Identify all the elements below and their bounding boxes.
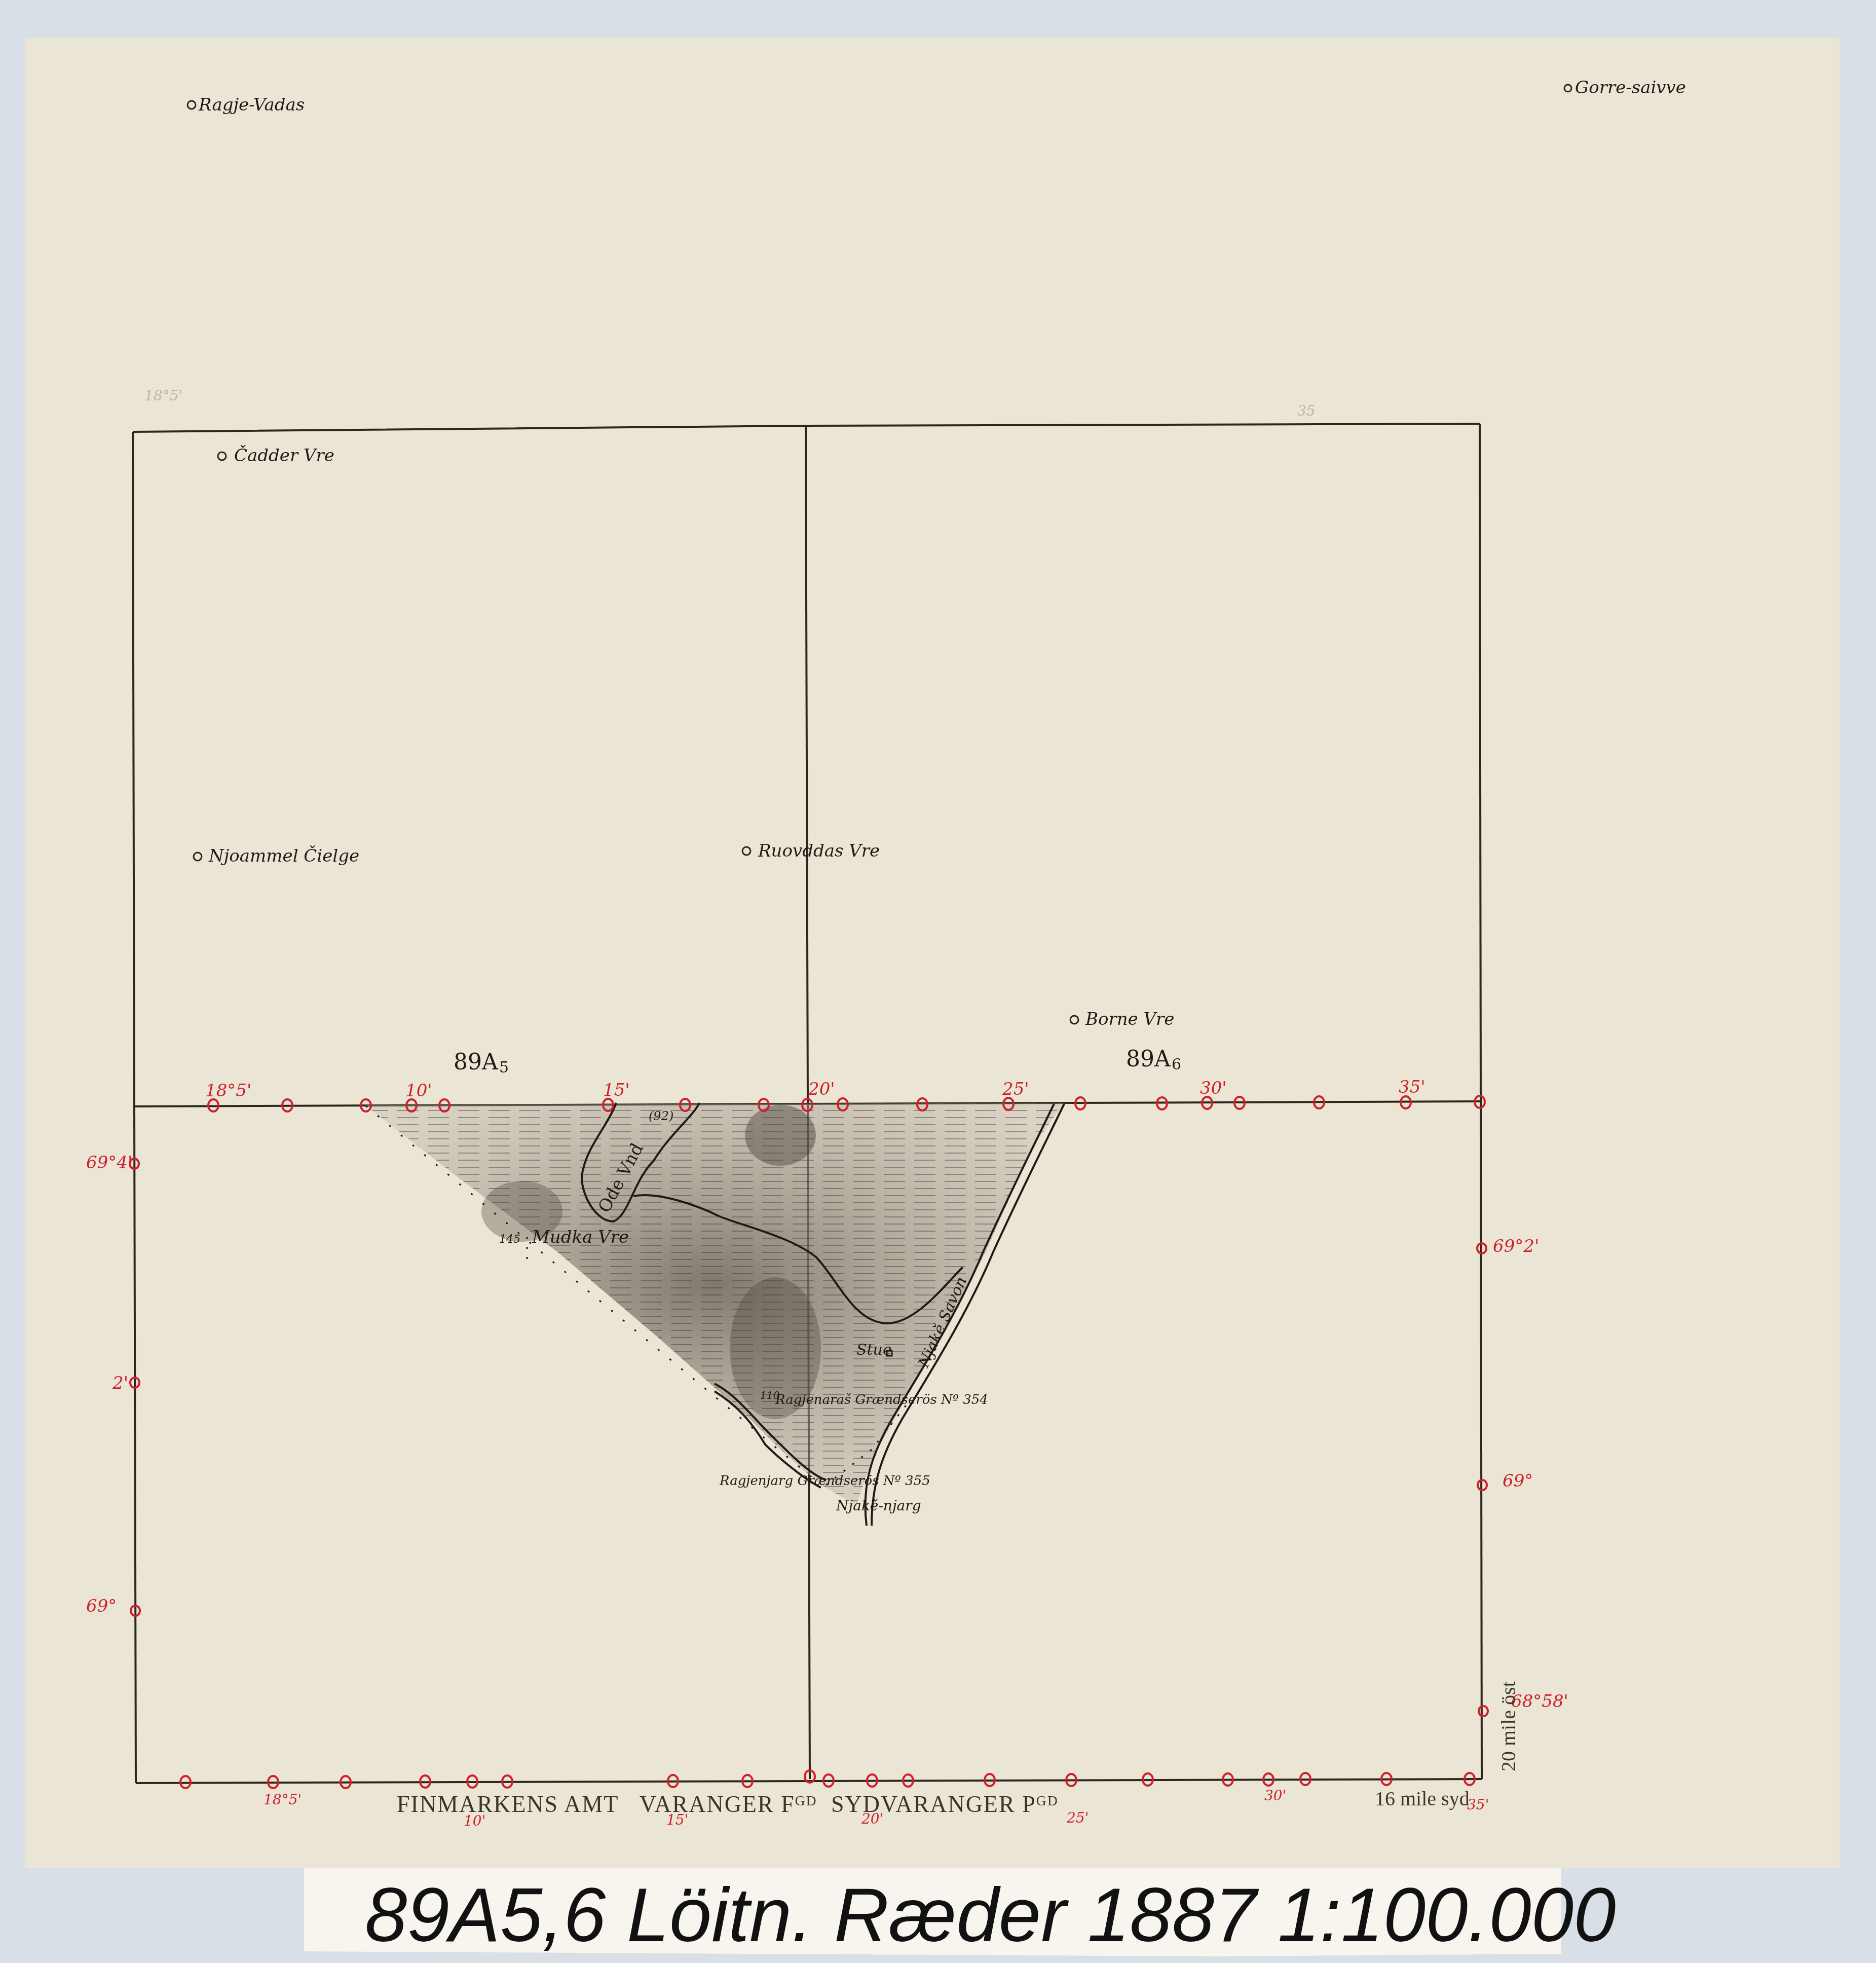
place-borne-vre: Borne Vre [1070,1009,1174,1029]
svg-text:18°5': 18°5' [264,1791,302,1808]
svg-text:2': 2' [112,1373,128,1393]
svg-text:10': 10' [405,1081,432,1101]
svg-text:Gorre-saivve: Gorre-saivve [1575,78,1686,98]
elevation-mudka: 145 [499,1233,520,1246]
elevation-ode: (92) [649,1109,673,1123]
svg-text:5: 5 [499,1059,509,1077]
svg-text:89A: 89A [454,1049,499,1075]
place-ragje-vadas: Ragje-Vadas [187,95,305,115]
svg-text:Ragje-Vadas: Ragje-Vadas [198,95,305,115]
place-ragjenaras: 110 Ragjenaraš Grændserös Nº 354 [760,1389,988,1408]
svg-text:Ragjenaraš Grændserös Nº 354: Ragjenaraš Grændserös Nº 354 [775,1392,988,1408]
scale-east: 20 mile öst [1497,1681,1520,1771]
svg-text:Borne Vre: Borne Vre [1085,1009,1174,1029]
svg-text:20': 20' [808,1079,835,1099]
place-ruovddas-vre: Ruovddas Vre [742,841,880,861]
catalog-label: 89A5,6 Löitn. Ræder 1887 1:100.000 [365,1872,1616,1957]
svg-text:69°4': 69°4' [86,1153,132,1173]
place-njake-njarg: Njakě-njarg [836,1497,921,1514]
scale-south: 16 mile syd [1375,1787,1470,1810]
svg-text:15': 15' [603,1080,630,1100]
svg-text:30': 30' [1200,1078,1227,1098]
svg-text:69°: 69° [1503,1471,1533,1491]
ghost-mark-right: 35 [1297,402,1316,419]
place-mudka-vre: Mudka Vre [532,1227,629,1247]
footer-prestegjeld: SYDVARANGER Pᴳᴰ [831,1791,1058,1817]
svg-text:18°5': 18°5' [205,1081,251,1101]
svg-text:25': 25' [1066,1809,1089,1826]
svg-text:35': 35' [1467,1796,1489,1813]
svg-text:Čadder Vre: Čadder Vre [234,445,334,466]
svg-text:69°: 69° [86,1596,117,1616]
catalog-label-strip: 89A5,6 Löitn. Ræder 1887 1:100.000 [304,1868,1616,1957]
svg-text:35': 35' [1399,1077,1425,1097]
place-gorre-saivve: Gorre-saivve [1564,78,1686,98]
place-njoammel-cielge: Njoammel Čielge [194,845,359,866]
svg-text:Njoammel Čielge: Njoammel Čielge [208,845,359,866]
footer-county: FINMARKENS AMT [397,1791,619,1817]
svg-text:25': 25' [1002,1079,1029,1099]
svg-text:89A: 89A [1126,1046,1171,1072]
svg-text:6: 6 [1172,1056,1181,1073]
place-cadder-vre: Čadder Vre [218,445,334,466]
svg-text:30': 30' [1264,1787,1286,1804]
footer-fogderi: VARANGER Fᴳᴰ [640,1791,817,1817]
paper-background [25,38,1840,1868]
map-sheet: 18°5' 35 Ragje-Vadas Gorre-saivve Čadder… [0,0,1876,1963]
svg-text:Ragjenjarg Grændserös Nº 355: Ragjenjarg Grændserös Nº 355 [719,1473,930,1489]
svg-text:Ruovddas Vre: Ruovddas Vre [758,841,880,861]
ghost-mark-left: 18°5' [144,387,182,404]
svg-text:69°2': 69°2' [1493,1236,1539,1256]
place-ragjenjarg: Ragjenjarg Grændserös Nº 355 [719,1473,930,1489]
